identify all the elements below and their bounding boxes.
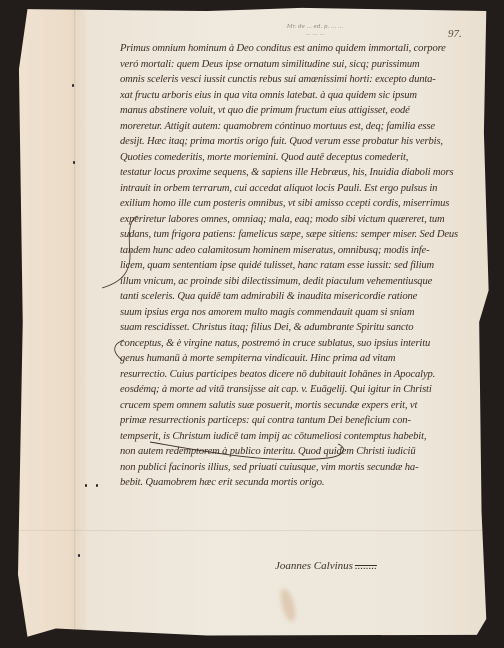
- text-line: suam rescidisset. Christus itaq; filius …: [120, 320, 488, 336]
- margin-flourish: [108, 338, 128, 364]
- horizontal-fold-crease: [18, 530, 491, 532]
- text-line: suum ipsius erga nos amorem multo magis …: [120, 305, 488, 321]
- text-line: licem, quam sententiam ipse quidé tuliss…: [120, 258, 488, 274]
- pencil-note-line: ... ... ...: [240, 31, 390, 38]
- text-line: Primus omnium hominum à Deo conditus est…: [120, 41, 488, 57]
- text-line: testatur locus proxime sequens, & sapien…: [120, 165, 488, 181]
- margin-mark: [96, 484, 98, 487]
- text-line: Quoties comederitis, morte moriemini. Qu…: [120, 150, 488, 166]
- text-line: exilium homo ille cum posteris omnibus, …: [120, 196, 488, 212]
- text-line: eosdémq; à morte ad vitā transijsse ait …: [120, 382, 488, 398]
- margin-mark: [78, 554, 80, 557]
- text-line: conceptus, & è virgine natus, postremó i…: [120, 336, 488, 352]
- text-line: genus humanū à morte sempiterna vindicau…: [120, 351, 488, 367]
- folio-number: 97.: [448, 28, 462, 40]
- text-line: xat fructu arboris eius in qua vita omni…: [120, 88, 488, 104]
- text-line: resurrectio. Cuius participes beatos dic…: [120, 367, 488, 383]
- signature-name: Joannes Calvinus: [275, 560, 353, 572]
- vertical-fold-crease: [74, 6, 77, 638]
- text-line: crucem spem omnem salutis suæ posuerit, …: [120, 398, 488, 414]
- margin-mark: [72, 84, 74, 87]
- text-line: manus abstinere voluit, vt quo die primu…: [120, 103, 488, 119]
- text-line: moreretur. Attigit autem: quamobrem cónt…: [120, 119, 488, 135]
- text-line: intrauit in orbem terrarum, cui accedat …: [120, 181, 488, 197]
- text-line: bebit. Quamobrem hæc erit secunda mortis…: [120, 475, 488, 491]
- text-line: sudans, tum frigora patiens: famelicus s…: [120, 227, 488, 243]
- margin-bracket-flourish: [100, 212, 140, 292]
- text-line: primæ resurrectionis particeps: qui cont…: [120, 413, 488, 429]
- struck-out-text: ........: [355, 560, 377, 572]
- text-line: experiretur labores omnes, omniaq; mala,…: [120, 212, 488, 228]
- text-line: illum vnicum, ac proinde sibi dilectissi…: [120, 274, 488, 290]
- closing-flourish: [148, 438, 348, 468]
- pencil-note-line: Mr. de ... ed. p. ... ...: [240, 24, 390, 31]
- ink-stain: [278, 587, 298, 623]
- text-line: tandem hunc adeo calamitosum hominem mis…: [120, 243, 488, 259]
- manuscript-text: Primus omnium hominum à Deo conditus est…: [120, 41, 488, 491]
- text-line: desijt. Hæc itaq; prima mortis origo fui…: [120, 134, 488, 150]
- signature: Joannes Calvinus........: [275, 560, 377, 572]
- text-line: omnis sceleris vesci iussit cunctis rebu…: [120, 72, 488, 88]
- margin-mark: [85, 484, 87, 487]
- pencil-annotation: Mr. de ... ed. p. ... ... ... ... ...: [240, 24, 390, 38]
- text-line: veró mortali: quem Deus ipse ornatum sim…: [120, 57, 488, 73]
- margin-mark: [73, 161, 75, 164]
- text-line: tanti sceleris. Qua quidē tam admirabili…: [120, 289, 488, 305]
